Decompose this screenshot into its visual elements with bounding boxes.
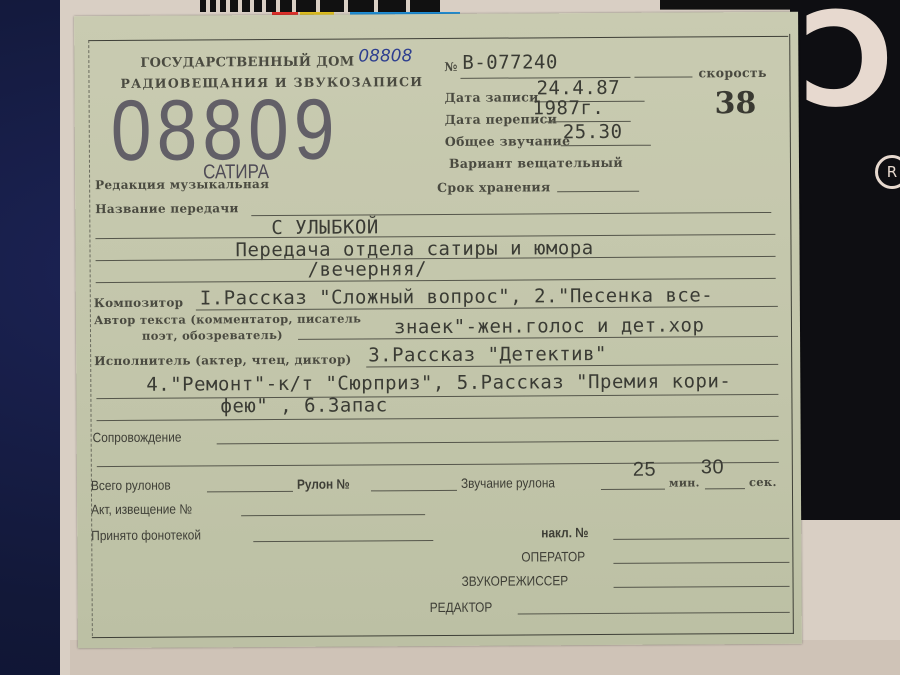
sound-director-label: ЗВУКОРЕЖИССЕР: [461, 573, 568, 589]
minutes-unit: мин.: [669, 476, 700, 489]
reel-duration-label: Звучание рулона: [461, 475, 555, 491]
record-date-value: 24.4.87: [536, 77, 620, 100]
performer-value: 3.Рассказ "Детектив": [368, 343, 607, 366]
tape-record-card: ГОСУДАРСТВЕННЫЙ ДОМ 08808 РАДИОВЕЩАНИЯ И…: [74, 12, 802, 648]
speed-label: скорость: [698, 65, 766, 80]
accompaniment-label: Сопровождение: [93, 430, 182, 446]
act-notice-label: Акт, извещение №: [91, 502, 192, 518]
rewrite-date-value: 1987г.: [533, 97, 605, 119]
composer-label: Композитор: [94, 296, 184, 311]
accepted-label: Принято фонотекой: [91, 527, 201, 543]
reel-minutes-value: 25: [633, 459, 656, 482]
storage-label: Срок хранения: [437, 179, 550, 195]
performer-label: Исполнитель (актер, чтец, диктор): [94, 353, 352, 369]
number-value: В-077240: [462, 51, 558, 74]
reel-no-label: Рулон №: [297, 477, 350, 492]
text-author-value: знаек"-жен.голос и дет.хор: [394, 314, 705, 338]
reel-seconds-value: 30: [701, 456, 724, 479]
operator-label: ОПЕРАТОР: [521, 549, 585, 564]
number-label: №: [444, 60, 457, 74]
program-name-label: Название передачи: [95, 201, 238, 216]
record-date-label: Дата записи: [445, 89, 539, 105]
handwritten-number: 08808: [358, 46, 412, 66]
total-reels-label: Всего рулонов: [91, 478, 171, 493]
text-author-label-1: Автор текста (комментатор, писатель: [94, 311, 361, 327]
total-duration-value: 25.30: [563, 121, 623, 143]
variant-label: Вариант вещательный: [449, 155, 623, 171]
seconds-unit: сек.: [749, 475, 777, 489]
editorial-label: Редакция музыкальная: [95, 177, 269, 192]
invoice-label: накл. №: [541, 525, 588, 540]
brand-logo-letters: ƆR: [800, 0, 900, 150]
composer-value: I.Рассказ "Сложный вопрос", 2."Песенка в…: [200, 284, 714, 309]
header-line-1: ГОСУДАРСТВЕННЫЙ ДОМ: [140, 55, 354, 71]
content-line-2: фею" , 6.Запас: [220, 394, 387, 417]
text-author-label-2: поэт, обозреватель): [142, 328, 283, 343]
speed-value: 38: [715, 86, 757, 121]
editor-label: РЕДАКТОР: [430, 600, 493, 615]
content-line-1: 4."Ремонт"-к/т "Сюрприз", 5.Рассказ "Пре…: [146, 370, 731, 396]
program-name-line-3: /вечерняя/: [308, 258, 428, 281]
total-duration-label: Общее звучание: [445, 133, 571, 149]
